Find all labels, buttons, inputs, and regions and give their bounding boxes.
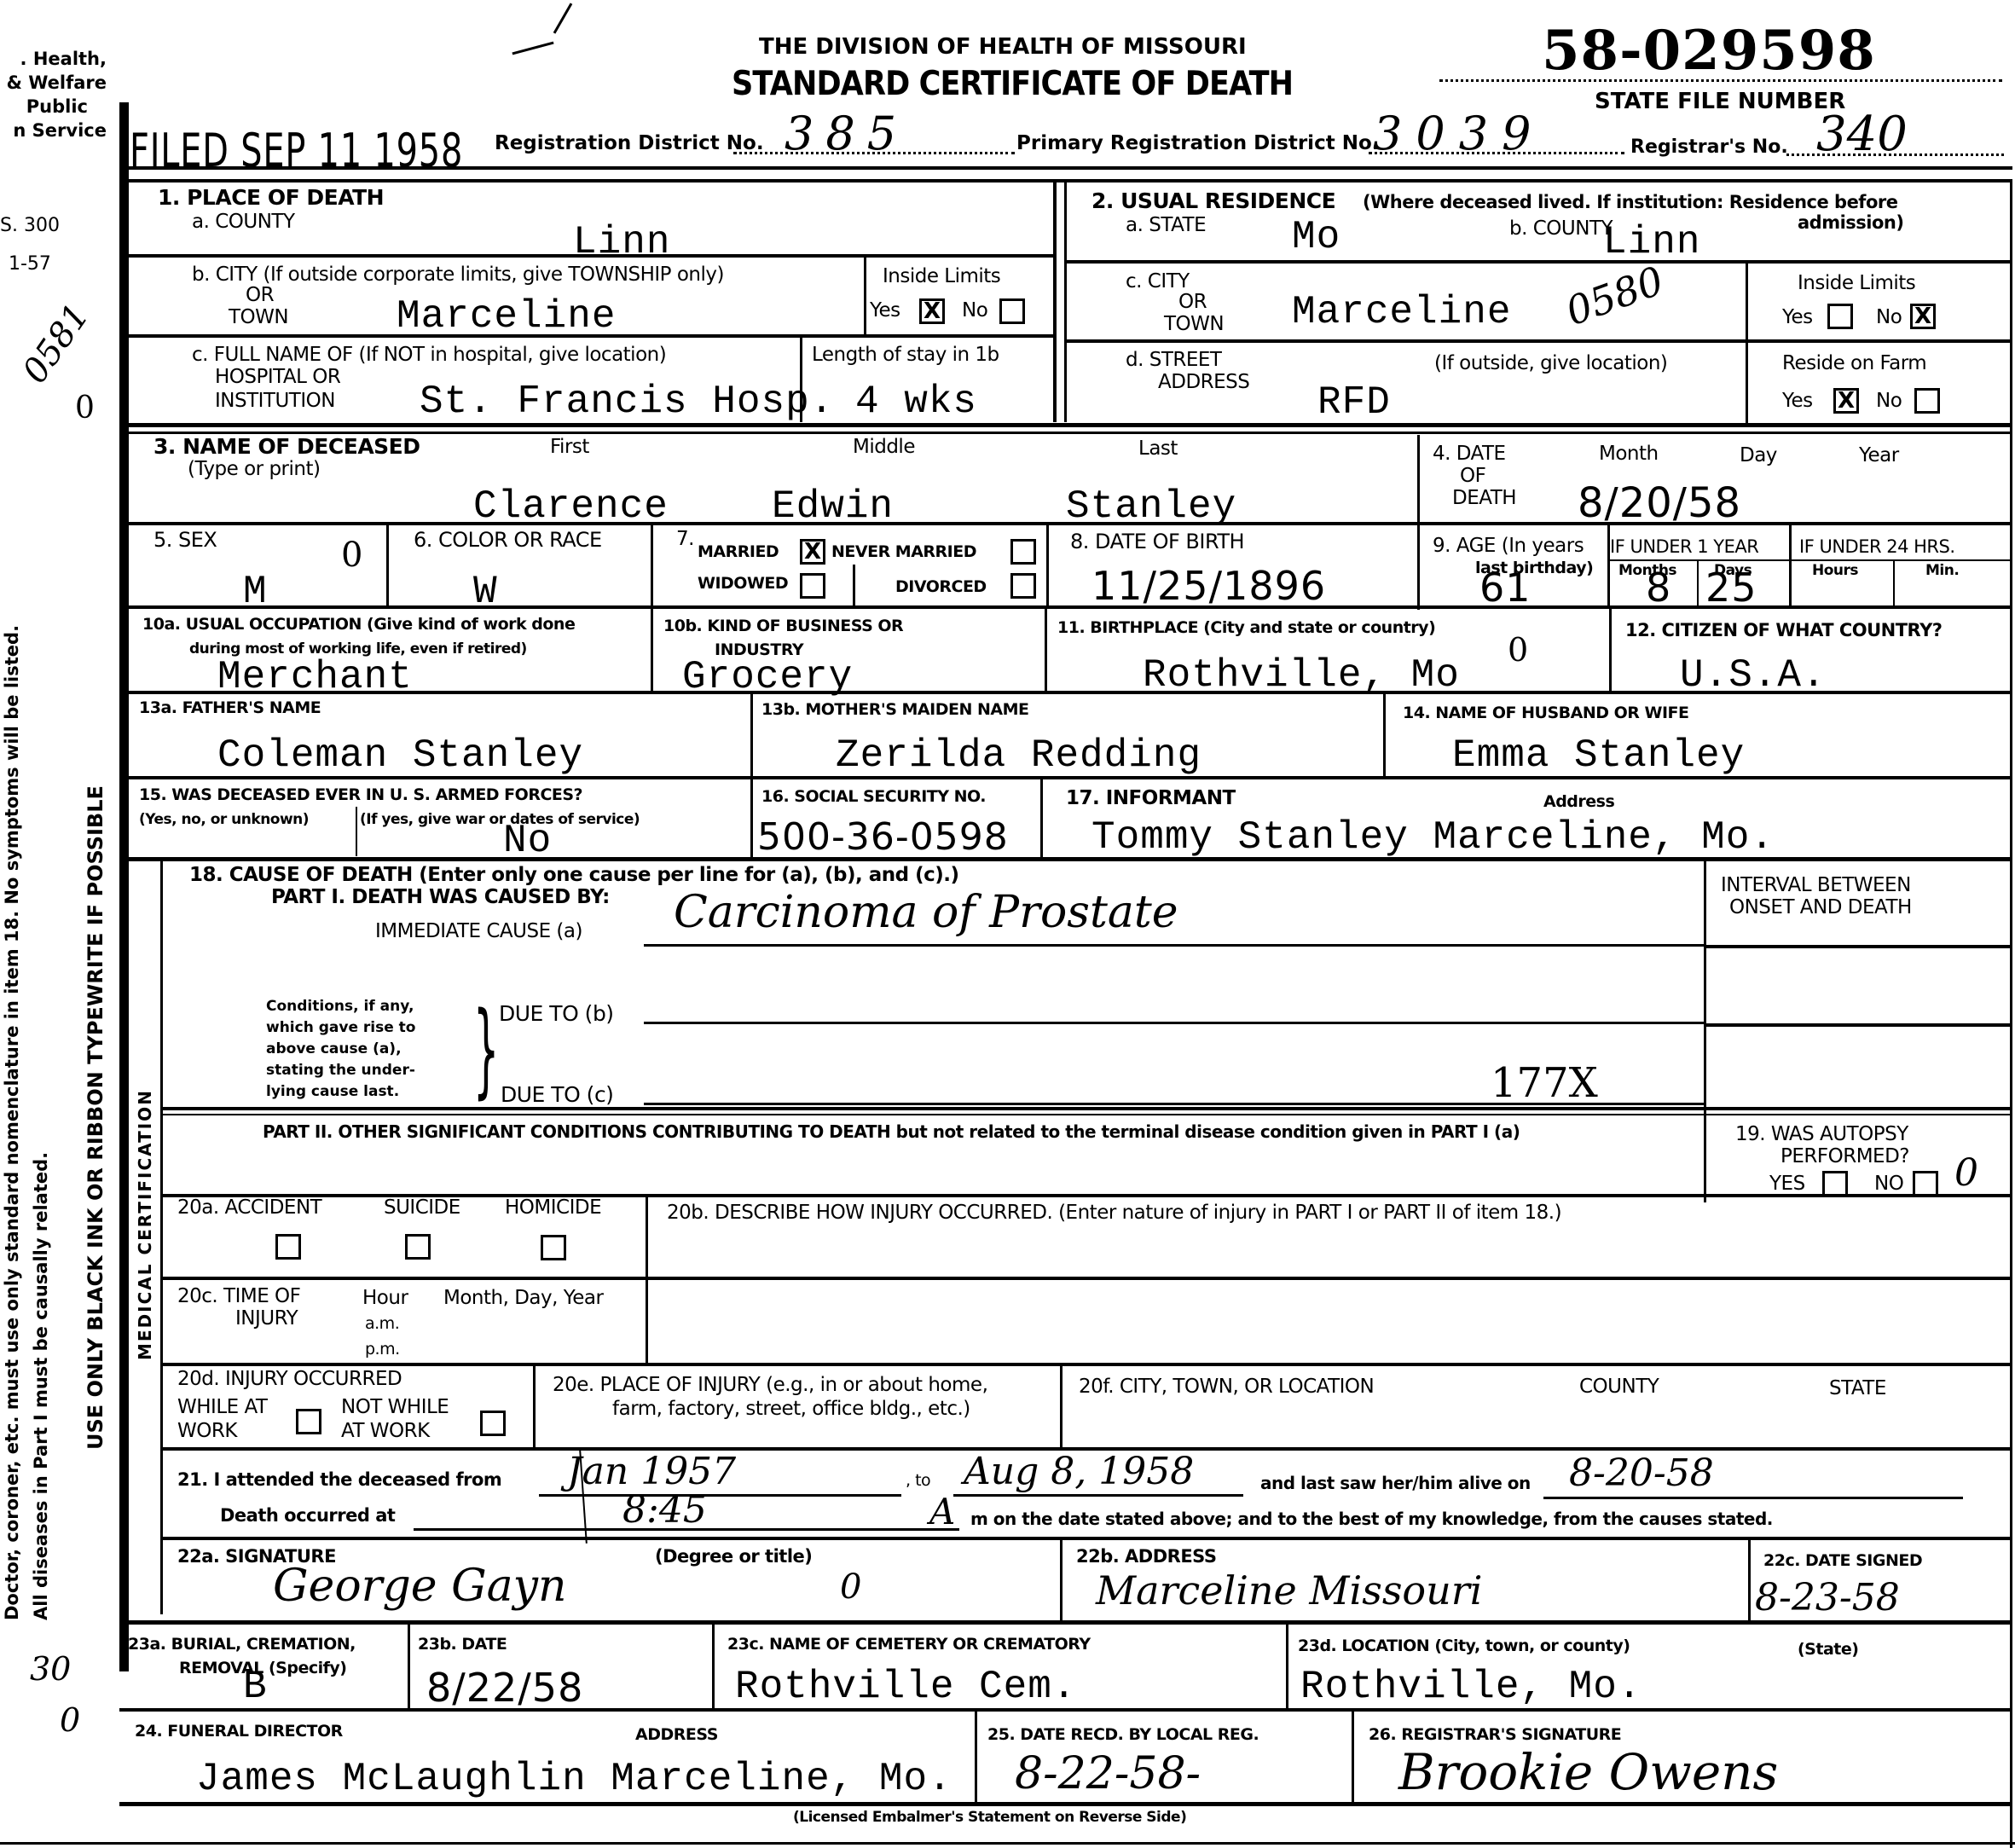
medical-side-divider	[160, 860, 163, 1614]
immediate-cause-line	[644, 944, 1704, 947]
marital-inner-divider	[853, 565, 855, 607]
cemetery-divider	[712, 1624, 715, 1709]
agency-block: . Health, & Welfare Public n Service	[0, 47, 107, 142]
degree-mark: 0	[840, 1567, 861, 1607]
form-top-rule	[119, 166, 2012, 170]
armed-inner-divider	[356, 807, 357, 856]
due-to-b-label: DUE TO (b)	[499, 1002, 614, 1026]
pm-label: p.m.	[365, 1341, 400, 1358]
certificate-title: STANDARD CERTIFICATE OF DEATH	[732, 65, 1293, 103]
due-to-b-line	[644, 1022, 1704, 1024]
page-bottom-rule	[0, 1842, 2015, 1845]
father-name-value: Coleman Stanley	[217, 733, 583, 778]
birthplace-divider	[1045, 607, 1047, 692]
date-signed-value: 8-23-58	[1755, 1576, 1900, 1619]
mother-maiden-name-label: 13b. MOTHER'S MAIDEN NAME	[761, 701, 1028, 719]
row-rule	[162, 1537, 2012, 1540]
accident-label: 20a. ACCIDENT	[177, 1197, 321, 1219]
citizen-divider	[1609, 607, 1612, 692]
residence-inside-limits-label: Inside Limits	[1798, 273, 1915, 294]
am-label: a.m.	[365, 1315, 399, 1333]
margin-handwritten-bottom: 30	[30, 1650, 71, 1688]
residence-county-label: b. COUNTY	[1509, 218, 1613, 240]
autopsy-label: 19. WAS AUTOPSY	[1735, 1124, 1908, 1145]
row-rule	[119, 1708, 2012, 1712]
while-at-work-label-2: WORK	[177, 1421, 237, 1442]
suicide-checkbox[interactable]	[405, 1234, 431, 1260]
father-name-label: 13a. FATHER'S NAME	[139, 699, 321, 717]
not-while-at-work-label-2: AT WORK	[341, 1421, 430, 1442]
primary-reg-district-label: Primary Registration District No.	[1016, 132, 1380, 154]
residence-city-or: OR	[1178, 292, 1207, 313]
row-rule	[162, 1363, 2012, 1366]
date-signed-label: 22c. DATE SIGNED	[1763, 1552, 1922, 1570]
last-name-label: Last	[1138, 438, 1178, 460]
address-divider	[1060, 1538, 1063, 1624]
describe-injury-label: 20b. DESCRIBE HOW INJURY OCCURRED. (Ente…	[667, 1202, 1561, 1224]
place-of-injury-label: 20e. PLACE OF INJURY (e.g., in or about …	[553, 1375, 987, 1396]
residence-city-label: c. CITY	[1126, 271, 1190, 293]
physician-signature: George Gayn	[273, 1561, 566, 1612]
residence-street-note: (If outside, give location)	[1434, 353, 1667, 374]
injury-occurred-label: 20d. INJURY OCCURRED	[177, 1369, 402, 1390]
death-city-town: TOWN	[229, 307, 288, 328]
date-of-death-label-3: DEATH	[1452, 488, 1516, 509]
farm-no-checkbox[interactable]	[1914, 388, 1940, 414]
part-2-rule	[162, 1107, 2012, 1110]
interval-rule-b	[1704, 1023, 2012, 1027]
injury-state-label: STATE	[1829, 1378, 1886, 1399]
residence-city-town: TOWN	[1164, 314, 1224, 335]
form-number: S. 300	[0, 215, 60, 236]
agency-line: & Welfare	[0, 71, 107, 95]
months-value: 8	[1646, 565, 1671, 611]
medical-certification-side-label: MEDICAL CERTIFICATION	[135, 1089, 155, 1360]
burial-top-rule	[119, 1620, 2012, 1625]
race-label: 6. COLOR OR RACE	[414, 529, 602, 551]
disposition-value: B	[243, 1665, 268, 1709]
reg-district-label: Registration District No.	[495, 132, 764, 154]
age-value: 61	[1479, 565, 1532, 611]
physician-address-label: 22b. ADDRESS	[1076, 1547, 1216, 1567]
funeral-director-value: James McLaughlin Marceline, Mo.	[196, 1757, 952, 1801]
conditions-brace: }	[473, 999, 500, 1102]
death-inside-yes-label: Yes	[870, 300, 900, 322]
state-file-number-line	[1439, 79, 2002, 82]
hours-label: Hours	[1812, 563, 1858, 579]
residence-inside-no-label: No	[1876, 307, 1902, 328]
hospital-label-3: INSTITUTION	[215, 391, 335, 412]
days-divider	[1697, 559, 1699, 607]
time-of-injury-label-2: INJURY	[235, 1308, 298, 1330]
section-divider-1-2b	[1064, 179, 1067, 422]
section-divider-1-2	[1053, 179, 1057, 422]
date-recd-value: 8-22-58-	[1015, 1748, 1201, 1799]
last-saw-label: and last saw her/him alive on	[1260, 1474, 1531, 1492]
death-city-label: b. CITY (If outside corporate limits, gi…	[192, 264, 724, 286]
hospital-label: c. FULL NAME OF (If NOT in hospital, giv…	[192, 345, 666, 366]
agency-line: . Health,	[0, 47, 107, 71]
death-ampm-value: A	[929, 1491, 955, 1532]
registrar-no-value: 340	[1816, 107, 1908, 162]
never-married-label: NEVER MARRIED	[831, 543, 976, 561]
date-of-birth-label: 8. DATE OF BIRTH	[1070, 530, 1244, 553]
min-divider	[1893, 559, 1895, 607]
farm-yes-label: Yes	[1782, 391, 1813, 412]
date-of-death-value: 8/20/58	[1578, 479, 1741, 527]
form-right-border	[2010, 179, 2012, 1848]
residence-city-value: Marceline	[1292, 290, 1511, 334]
attended-to-value: Aug 8, 1958	[964, 1450, 1194, 1493]
burial-date-value: 8/22/58	[426, 1665, 583, 1711]
primary-reg-district-value: 3039	[1373, 107, 1544, 160]
attended-from-label: 21. I attended the deceased from	[177, 1470, 501, 1490]
spouse-name-value: Emma Stanley	[1452, 733, 1745, 778]
armed-forces-label-b: (If yes, give war or dates of service)	[360, 812, 640, 828]
autopsy-yes-label: YES	[1769, 1173, 1805, 1195]
homicide-checkbox[interactable]	[541, 1235, 566, 1260]
death-inside-no-checkbox[interactable]	[999, 298, 1025, 324]
burial-location-label: 23d. LOCATION (City, town, or county)	[1298, 1637, 1630, 1655]
under-24-hrs-label: IF UNDER 24 HRS.	[1799, 537, 1955, 557]
while-at-work-checkbox[interactable]	[296, 1409, 321, 1434]
death-city-or: OR	[246, 285, 274, 306]
married-checkbox[interactable]: X	[800, 539, 825, 565]
sex-label: 5. SEX	[153, 529, 217, 551]
reg-district-value: 385	[785, 107, 908, 160]
min-label: Min.	[1925, 563, 1959, 579]
first-name-label: First	[550, 437, 589, 458]
autopsy-mark: 0	[1954, 1151, 1978, 1195]
date-of-death-label: 4. DATE	[1433, 443, 1506, 465]
residence-inside-yes-label: Yes	[1782, 307, 1813, 328]
birthplace-label: 11. BIRTHPLACE (City and state or countr…	[1057, 619, 1435, 637]
informant-address-label: Address	[1543, 793, 1614, 811]
not-while-at-work-checkbox[interactable]	[480, 1411, 506, 1436]
city-injury-divider	[1060, 1364, 1063, 1447]
dob-divider	[1046, 524, 1049, 607]
marital-label: 7.	[676, 529, 694, 550]
death-inside-limits-label: Inside Limits	[883, 266, 1000, 287]
margin-handwritten-bottom-2: 0	[60, 1701, 80, 1739]
birthplace-mark: 0	[1508, 631, 1528, 669]
dod-month-label: Month	[1599, 443, 1659, 465]
attended-from-line	[539, 1494, 901, 1497]
never-married-checkbox[interactable]	[1010, 539, 1036, 565]
farm-no-label: No	[1876, 391, 1902, 412]
month-day-year-label: Month, Day, Year	[443, 1288, 603, 1309]
informant-divider	[1040, 778, 1043, 859]
deceased-name-label: 3. NAME OF DECEASED	[153, 435, 420, 459]
part-2-rule-b	[162, 1114, 2012, 1115]
sex-mark: 0	[341, 536, 362, 575]
dod-year-label: Year	[1859, 445, 1899, 466]
spouse-name-label: 14. NAME OF HUSBAND OR WIFE	[1403, 704, 1689, 722]
widowed-checkbox[interactable]	[800, 573, 825, 599]
due-to-c-label: DUE TO (c)	[501, 1083, 613, 1107]
funeral-director-label: 24. FUNERAL DIRECTOR	[135, 1723, 343, 1741]
race-divider	[386, 524, 389, 607]
residence-state-value: Mo	[1292, 215, 1340, 259]
injury-county-label: COUNTY	[1579, 1376, 1659, 1398]
homicide-label: HOMICIDE	[505, 1197, 601, 1219]
death-county-value: Linn	[573, 220, 670, 264]
state-file-number: 58-029598	[1542, 19, 1876, 83]
row-rule	[128, 334, 1053, 338]
burial-location-value: Rothville, Mo.	[1300, 1665, 1642, 1709]
date-recd-label: 25. DATE RECD. BY LOCAL REG.	[987, 1726, 1259, 1744]
degree-label: (Degree or title)	[655, 1547, 812, 1567]
interval-label-2: ONSET AND DEATH	[1729, 897, 1912, 918]
conditions-note: Conditions, if any, which gave rise to a…	[266, 996, 416, 1103]
business-label: 10b. KIND OF BUSINESS OR	[663, 617, 903, 635]
disposition-label: 23a. BURIAL, CREMATION,	[128, 1636, 356, 1654]
ssn-label: 16. SOCIAL SECURITY NO.	[761, 788, 986, 806]
city-of-injury-label: 20f. CITY, TOWN, OR LOCATION	[1079, 1376, 1374, 1398]
not-while-at-work-label: NOT WHILE	[341, 1397, 449, 1418]
row-rule	[128, 254, 1053, 258]
citizen-label: 12. CITIZEN OF WHAT COUNTRY?	[1625, 621, 1942, 640]
marital-divider	[651, 524, 653, 607]
usual-residence-label: 2. USUAL RESIDENCE	[1091, 189, 1335, 213]
top-pen-stroke-2	[553, 3, 573, 33]
row-rule-thick	[128, 423, 2012, 427]
usual-residence-note: (Where deceased lived. If institution: R…	[1363, 193, 1897, 212]
widowed-label: WIDOWED	[698, 575, 788, 593]
registrar-no-label: Registrar's No.	[1630, 136, 1788, 158]
autopsy-no-checkbox[interactable]	[1913, 1171, 1938, 1196]
registrar-sig-divider	[1352, 1710, 1354, 1804]
while-at-work-label: WHILE AT	[177, 1397, 267, 1418]
immediate-cause-value: Carcinoma of Prostate	[674, 887, 1178, 938]
hour-label: Hour	[362, 1288, 408, 1309]
burial-state-label: (State)	[1798, 1641, 1858, 1659]
margin-handwritten-note: 0581	[15, 297, 97, 391]
spouse-divider	[1383, 692, 1386, 778]
form-revision: 1-57	[9, 253, 51, 275]
immediate-cause-label: IMMEDIATE CAUSE (a)	[375, 921, 582, 942]
registrar-signature-label: 26. REGISTRAR'S SIGNATURE	[1369, 1726, 1621, 1744]
death-county-label: a. COUNTY	[192, 211, 295, 233]
interval-divider	[1704, 861, 1706, 1202]
death-inside-no-label: No	[962, 300, 987, 322]
burial-bottom-rule	[119, 1802, 2012, 1806]
last-saw-value: 8-20-58	[1569, 1451, 1714, 1495]
burial-date-divider	[408, 1624, 410, 1709]
attended-to-line	[953, 1494, 1243, 1497]
residence-city-handwritten-code: 0580	[1560, 258, 1669, 335]
agency-line: Public	[0, 95, 107, 119]
death-inside-yes-checkbox[interactable]: X	[919, 298, 945, 324]
usual-residence-note-2: admission)	[1798, 213, 1903, 233]
due-to-c-value: 177X	[1491, 1059, 1598, 1107]
top-pen-stroke	[512, 42, 553, 55]
row-rule	[1066, 260, 2012, 264]
age-label: 9. AGE (In years	[1433, 536, 1584, 557]
interval-label: INTERVAL BETWEEN	[1721, 875, 1911, 896]
margin-handwritten-mark: 0	[75, 391, 95, 426]
row-rule	[162, 1277, 2012, 1280]
mother-divider	[750, 692, 753, 778]
burial-location-divider	[1286, 1624, 1288, 1709]
margin-instruction-causal: All diseases in Part I must be causally …	[31, 1152, 51, 1620]
residence-street-label: d. STREET	[1126, 350, 1221, 371]
cemetery-value: Rothville Cem.	[735, 1665, 1076, 1709]
autopsy-label-2: PERFORMED?	[1780, 1146, 1909, 1167]
embalmer-note: (Licensed Embalmer's Statement on Revers…	[793, 1810, 1186, 1826]
form-left-border	[119, 102, 129, 1671]
date-of-death-label-2: OF	[1460, 466, 1485, 487]
attended-to-label: , to	[906, 1472, 930, 1490]
business-divider	[651, 607, 653, 692]
hospital-value: St. Francis Hosp.	[420, 379, 834, 424]
registrar-signature-value: Brookie Owens	[1398, 1743, 1778, 1801]
residence-street-value: RFD	[1317, 380, 1391, 425]
suicide-label: SUICIDE	[384, 1197, 460, 1219]
residence-inside-yes-checkbox[interactable]	[1827, 304, 1853, 329]
place-injury-divider	[533, 1364, 536, 1447]
date-signed-divider	[1748, 1538, 1751, 1624]
form-top-rule-2	[128, 179, 2012, 182]
under-1-year-label: IF UNDER 1 YEAR	[1610, 537, 1758, 557]
division-name: THE DIVISION OF HEALTH OF MISSOURI	[759, 34, 1247, 60]
middle-name-label: Middle	[853, 437, 915, 458]
agency-line: n Service	[0, 119, 107, 142]
informant-value: Tommy Stanley Marceline, Mo.	[1091, 815, 1775, 860]
medical-top-rule	[128, 857, 2012, 861]
ssn-value: 500-36-0598	[757, 815, 1009, 859]
part-1-label: PART I. DEATH WAS CAUSED BY:	[271, 887, 610, 908]
margin-instruction-nomenclature: Doctor, coroner, etc. must use only stan…	[2, 625, 22, 1620]
interval-rule-a	[1704, 945, 2012, 948]
accident-checkbox[interactable]	[275, 1234, 301, 1260]
reside-on-farm-label: Reside on Farm	[1782, 353, 1926, 374]
residence-inside-limits-divider	[1746, 263, 1748, 425]
state-file-number-label: STATE FILE NUMBER	[1595, 89, 1845, 114]
place-of-injury-label-2: farm, factory, street, office bldg., etc…	[612, 1399, 970, 1420]
cemetery-label: 23c. NAME OF CEMETERY OR CREMATORY	[727, 1636, 1091, 1654]
place-of-death-label: 1. PLACE OF DEATH	[158, 186, 384, 210]
length-of-stay-label: Length of stay in 1b	[812, 345, 999, 366]
cause-of-death-label: 18. CAUSE OF DEATH (Enter only one cause…	[189, 865, 959, 886]
burial-date-label: 23b. DATE	[418, 1636, 507, 1654]
physician-address-value: Marceline Missouri	[1096, 1567, 1482, 1613]
length-of-stay-value: 4 wks	[855, 379, 977, 424]
margin-instruction-ink: USE ONLY BLACK INK OR RIBBON TYPEWRITE I…	[84, 785, 107, 1450]
residence-state-label: a. STATE	[1126, 215, 1206, 236]
death-time-value: 8:45	[622, 1488, 707, 1532]
farm-yes-checkbox[interactable]: X	[1833, 388, 1859, 414]
time-of-injury-label: 20c. TIME OF	[177, 1286, 300, 1307]
autopsy-yes-checkbox[interactable]	[1822, 1171, 1848, 1196]
armed-forces-label-a: (Yes, no, or unknown)	[139, 812, 309, 828]
divorced-label: DIVORCED	[895, 578, 987, 596]
days-value: 25	[1705, 565, 1757, 611]
death-occurred-at-label: Death occurred at	[220, 1506, 395, 1526]
row-rule	[1066, 339, 2012, 343]
under-24-divider	[1789, 524, 1792, 607]
ssn-divider	[750, 778, 753, 859]
row-rule	[128, 522, 2012, 525]
residence-street-label-2: ADDRESS	[1158, 372, 1249, 393]
inside-limits-divider	[864, 256, 866, 337]
residence-inside-no-checkbox[interactable]: X	[1910, 304, 1936, 329]
death-occurred-statement: m on the date stated above; and to the b…	[970, 1509, 1773, 1528]
under-1yr-rule	[1607, 559, 2012, 561]
part-2-label: PART II. OTHER SIGNIFICANT CONDITIONS CO…	[263, 1122, 1520, 1141]
length-of-stay-divider	[800, 337, 802, 422]
hospital-label-2: HOSPITAL OR	[215, 367, 340, 388]
informant-label: 17. INFORMANT	[1066, 788, 1236, 809]
row-rule	[128, 691, 2012, 694]
dod-day-label: Day	[1740, 445, 1777, 466]
row-rule	[128, 776, 2012, 779]
married-label: MARRIED	[698, 543, 779, 561]
date-recd-divider	[975, 1710, 977, 1804]
armed-forces-label: 15. WAS DECEASED EVER IN U. S. ARMED FOR…	[139, 786, 582, 804]
deceased-name-note: (Type or print)	[188, 459, 320, 480]
occupation-label: 10a. USUAL OCCUPATION (Give kind of work…	[142, 616, 575, 634]
funeral-address-label: ADDRESS	[635, 1726, 718, 1744]
autopsy-no-label: NO	[1874, 1173, 1903, 1195]
last-saw-line	[1543, 1497, 1963, 1499]
death-city-value: Marceline	[397, 294, 616, 339]
divorced-checkbox[interactable]	[1010, 573, 1036, 599]
mother-maiden-name-value: Zerilda Redding	[836, 733, 1201, 778]
attended-from-value: Jan 1957	[567, 1450, 736, 1493]
row-rule	[128, 605, 2012, 609]
date-of-birth-value: 11/25/1896	[1091, 563, 1326, 609]
